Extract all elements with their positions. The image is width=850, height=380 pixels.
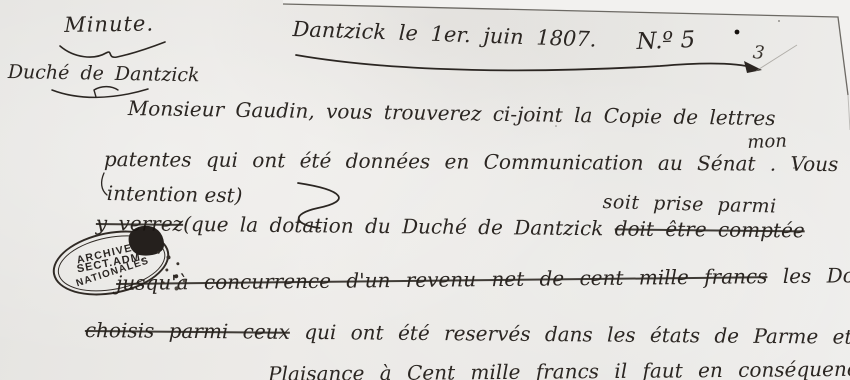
line-5-plain-text: les Domaines	[767, 263, 850, 289]
manuscript-line-6: choisis parmi ceux qui ont été reservés …	[85, 318, 850, 349]
minute-label: Minute.	[64, 11, 154, 37]
interlinear-insertion-soit-prise-parmi: soit prise parmi	[602, 191, 776, 218]
line-4-plain-text: (que la dotation du Duché de Dantzick	[183, 212, 615, 241]
corner-mark: 3	[752, 42, 766, 64]
margin-stray-dash	[94, 87, 118, 97]
struck-text-doit-etre-comptee: doit être comptée	[615, 216, 805, 242]
struck-text-choisis-parmi-ceux: choisis parmi ceux	[85, 318, 290, 344]
minute-underline-flourish	[60, 42, 165, 57]
manuscript-line-7-clipped: Plaisance à Cent mille francs il faut en…	[268, 357, 850, 380]
manuscript-line-2: patentes qui ont été données en Communic…	[104, 147, 850, 176]
document-number: N.º 5	[636, 27, 696, 55]
manuscript-line-1: Monsieur Gaudin, vous trouverez ci-joint…	[128, 96, 776, 130]
line-6-plain-text: qui ont été reservés dans les états de P…	[290, 320, 850, 349]
ink-spot	[735, 30, 740, 35]
manuscript-line-4: y verrez(que la dotation du Duché de Dan…	[96, 211, 805, 242]
manuscript-page: Minute. Dantzick le 1er. juin 1807. N.º …	[0, 0, 850, 380]
struck-text-jusqua-concurrence: jusqu'à concurrence d'un revenu net de c…	[116, 264, 768, 295]
margin-title: Duché de Dantzick	[8, 61, 200, 86]
interlinear-insertion-mon: mon	[747, 131, 787, 153]
manuscript-line-5: jusqu'à concurrence d'un revenu net de c…	[116, 263, 850, 295]
manuscript-line-3: intention est)	[107, 181, 243, 207]
dateline: Dantzick le 1er. juin 1807.	[292, 17, 597, 52]
dust-speck	[778, 20, 780, 22]
dateline-underline-flourish	[296, 55, 755, 70]
